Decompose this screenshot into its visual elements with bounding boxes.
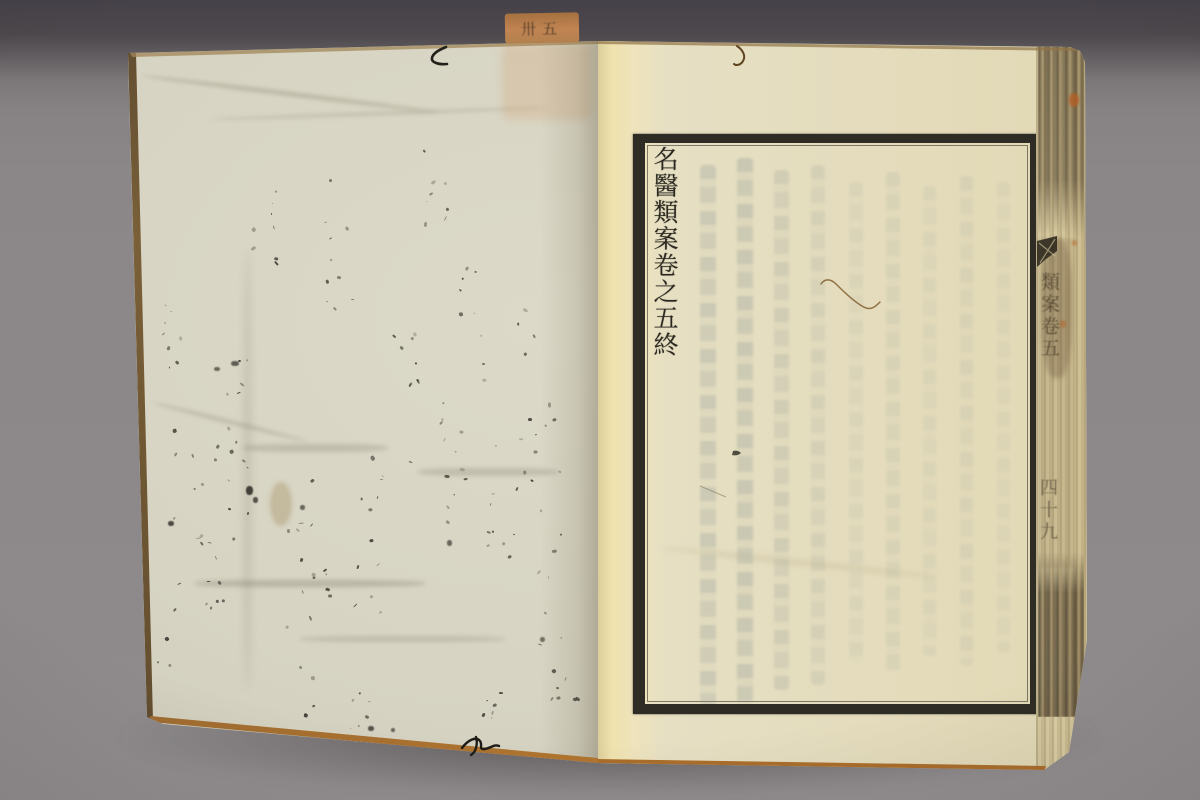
ink-speck (492, 493, 495, 494)
ink-speck (164, 636, 170, 642)
ink-speck (236, 391, 240, 394)
ink-speck (424, 222, 427, 227)
ink-speck (328, 179, 331, 183)
ink-speck (352, 698, 355, 702)
ink-speck (534, 434, 536, 436)
ink-speck (177, 582, 181, 585)
ink-speck (369, 539, 373, 543)
ink-speck (357, 725, 359, 726)
ink-speck (491, 716, 493, 719)
ink-speck (480, 335, 481, 337)
ink-speck (324, 221, 327, 223)
ink-speck (242, 459, 246, 462)
ink-speck (310, 676, 315, 680)
ink-speck (359, 692, 361, 694)
ink-speck (213, 458, 217, 461)
ink-speck (465, 266, 470, 271)
ink-speck (492, 530, 494, 532)
ink-blob (253, 497, 258, 503)
ink-speck (215, 599, 219, 603)
paper-wrinkle (112, 200, 133, 500)
ink-speck (194, 487, 196, 489)
ink-speck (247, 511, 249, 515)
ink-speck (532, 334, 536, 339)
ink-blob (447, 540, 452, 546)
ink-speck (410, 336, 414, 340)
ink-speck (312, 705, 316, 708)
ink-speck (473, 312, 475, 315)
ink-speck (162, 332, 166, 335)
ink-speck (326, 280, 330, 284)
ink-speck (246, 358, 249, 361)
ink-speck (211, 606, 213, 609)
ink-speck (378, 610, 382, 613)
ink-speck (164, 322, 167, 325)
ink-speck (502, 541, 506, 545)
photo-of-open-book: 名醫類案卷之五終 類案卷五 四十九 卅五 (0, 0, 1200, 800)
ink-speck (443, 438, 446, 442)
gray-smudge-streak (418, 468, 558, 476)
ink-speck (495, 444, 498, 446)
ink-speck (528, 418, 532, 422)
ink-blob (246, 486, 253, 495)
ink-speck (422, 150, 425, 153)
ink-speck (174, 360, 179, 365)
ink-speck (271, 213, 272, 215)
ink-blob (391, 728, 395, 732)
ink-speck (227, 426, 232, 431)
ink-speck (208, 542, 212, 544)
ink-blob (214, 367, 220, 371)
ink-speck (227, 393, 229, 396)
ink-speck (445, 519, 450, 524)
ink-speck (303, 713, 308, 718)
ink-speck (310, 523, 314, 527)
ink-speck (274, 257, 278, 260)
ink-speck (273, 226, 276, 230)
ink-speck (357, 564, 359, 568)
ink-speck (530, 479, 534, 482)
ink-speck (216, 445, 221, 450)
ink-speck (370, 456, 376, 462)
ink-speck (174, 608, 178, 612)
sticker-tab: 卅五 (505, 12, 580, 43)
ink-speck (442, 402, 445, 405)
ink-speck (493, 704, 497, 708)
ink-speck (333, 306, 337, 310)
gray-smudge-streak (300, 636, 505, 642)
ink-speck (275, 190, 277, 193)
ink-speck (377, 496, 379, 499)
ink-speck (489, 503, 491, 506)
ink-speck (345, 226, 349, 230)
ink-speck (309, 616, 312, 621)
ink-speck (409, 461, 413, 463)
ink-speck (286, 626, 290, 630)
ink-speck (455, 451, 457, 453)
ink-speck (453, 494, 455, 496)
ink-speck (381, 475, 384, 477)
ink-speck (428, 192, 433, 196)
ink-speck (228, 508, 231, 511)
ink-speck (431, 179, 437, 184)
ink-speck (369, 595, 372, 598)
ink-speck (310, 478, 315, 483)
ink-speck (416, 379, 420, 384)
ink-speck (204, 602, 208, 606)
ink-speck (354, 603, 358, 607)
ink-speck (252, 227, 257, 232)
ink-speck (518, 438, 522, 440)
ink-speck (330, 259, 332, 262)
ink-speck (523, 308, 529, 313)
fore-edge-orange-spot (1072, 240, 1077, 246)
ink-speck (376, 563, 380, 567)
ink-speck (399, 346, 404, 351)
ink-speck (368, 701, 371, 702)
ink-speck (173, 516, 176, 519)
ink-speck (413, 332, 417, 337)
gray-smudge-streak (243, 444, 388, 452)
ink-speck (299, 522, 304, 524)
ink-speck (464, 477, 468, 480)
ink-speck (350, 727, 352, 729)
ink-speck (486, 700, 488, 702)
ink-speck (196, 538, 201, 539)
ink-speck (179, 337, 183, 341)
ink-speck (170, 311, 172, 313)
ink-speck (301, 590, 303, 594)
ink-speck (439, 421, 443, 426)
ink-speck (380, 479, 383, 481)
ink-speck (164, 304, 167, 306)
ink-speck (229, 449, 234, 454)
ink-speck (168, 367, 170, 369)
ink-speck (462, 277, 464, 279)
fore-edge-orange-spot (1060, 320, 1066, 328)
ink-speck (311, 572, 316, 577)
ink-blob (168, 521, 174, 526)
ink-speck (227, 479, 230, 482)
ink-speck (215, 556, 217, 560)
ink-speck (486, 544, 489, 546)
ink-speck (199, 534, 203, 539)
ink-speck (487, 531, 491, 534)
ink-speck (328, 594, 332, 597)
ink-speck (491, 711, 494, 715)
ink-speck (251, 245, 257, 250)
ink-speck (459, 430, 463, 433)
ink-speck (173, 428, 178, 433)
ink-speck (326, 300, 328, 302)
ink-speck (459, 312, 464, 317)
ink-speck (240, 382, 245, 387)
ink-speck (157, 661, 160, 664)
ink-speck (274, 261, 278, 265)
ink-speck (174, 452, 178, 456)
gray-smudge-streak (195, 580, 425, 587)
ink-speck (298, 666, 301, 669)
ink-speck (482, 712, 486, 717)
ink-speck (444, 182, 448, 186)
ink-speck (499, 692, 503, 694)
ink-blob (300, 505, 305, 510)
ink-speck (351, 299, 354, 301)
ink-speck (360, 497, 362, 500)
ink-speck (299, 558, 303, 563)
sticker-label: 卅五 (521, 17, 563, 39)
ink-blob (231, 361, 239, 366)
ink-speck (323, 569, 327, 573)
ink-speck (515, 486, 518, 490)
ink-speck (286, 528, 290, 533)
ink-speck (482, 379, 486, 382)
ink-speck (446, 208, 450, 212)
ink-speck (235, 440, 238, 443)
ink-speck (512, 534, 514, 536)
ink-speck (192, 454, 195, 458)
ink-speck (329, 237, 332, 240)
ink-speck (336, 275, 341, 279)
ink-speck (222, 599, 225, 602)
ink-speck (365, 715, 369, 719)
ink-speck (507, 555, 512, 560)
ink-speck (518, 322, 520, 325)
ink-speck (246, 467, 248, 469)
ink-speck (200, 542, 204, 546)
ink-speck (414, 362, 417, 365)
ink-speck (168, 663, 172, 667)
ink-speck (534, 451, 538, 454)
ink-speck (231, 537, 235, 541)
ink-speck (426, 201, 428, 202)
ink-speck (482, 362, 485, 364)
gutter-shadow (540, 40, 600, 765)
ink-speck (272, 203, 273, 205)
ink-speck (324, 573, 327, 576)
ink-speck (167, 346, 171, 350)
ink-speck (441, 418, 443, 421)
ink-speck (523, 353, 527, 357)
ink-speck (201, 483, 205, 487)
fore-edge-orange-spot (1069, 93, 1079, 107)
ink-speck (444, 216, 447, 221)
ink-speck (459, 289, 460, 292)
ink-speck (475, 271, 477, 273)
ink-speck (296, 528, 300, 532)
ink-speck (446, 505, 450, 509)
ink-speck (368, 508, 372, 512)
ink-speck (392, 334, 397, 338)
ink-blob (368, 726, 374, 731)
